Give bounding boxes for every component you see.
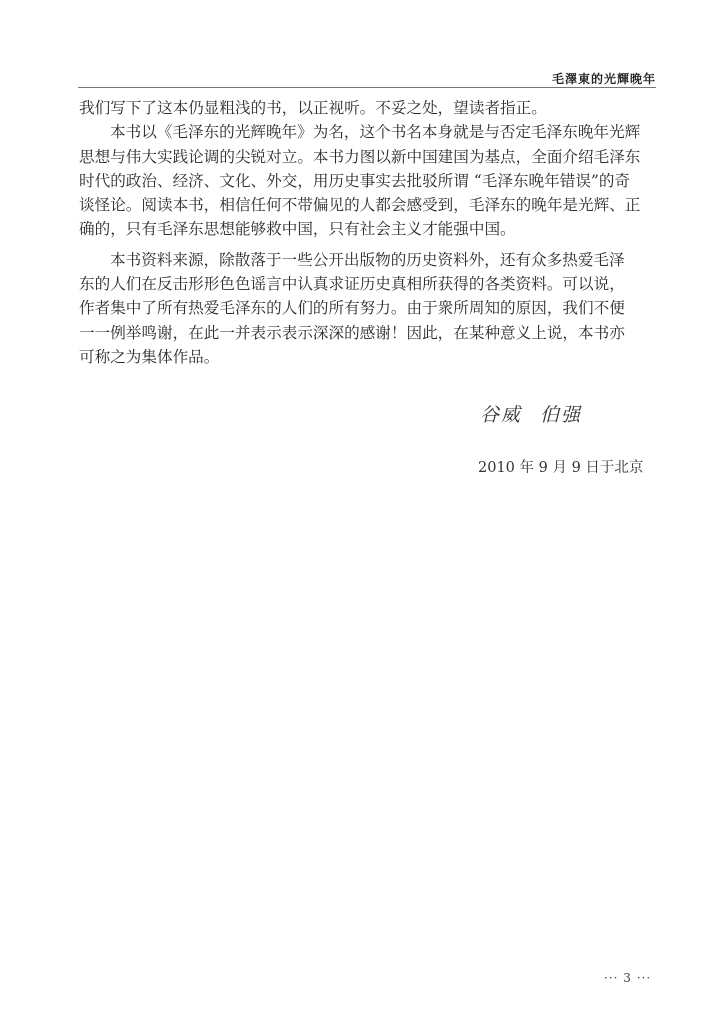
text-line: 谈怪论。阅读本书，相信任何不带偏见的人都会感受到，毛泽东的晚年是光辉、正 [79,193,655,217]
signature-name-2: 伯强 [540,404,582,426]
paragraph-2: 本书以《毛泽东的光辉晚年》为名，这个书名本身就是与否定毛泽东晚年光辉 思想与伟大… [79,120,655,241]
text-line: 我们写下了这本仍显粗浅的书，以正视听。不妥之处，望读者指正。 [79,96,655,120]
text-line: 思想与伟大实践论调的尖锐对立。本书力图以新中国建国为基点，全面介绍毛泽东 [79,145,655,169]
date-place-line: 2010 年 9 月 9 日于北京 [478,456,643,477]
running-head-title: 毛澤東的光輝晚年 [77,72,656,86]
text-line: 作者集中了所有热爱毛泽东的人们的所有努力。由于衆所周知的原因，我们不便 [79,296,655,320]
author-signature: 谷威伯强 [480,400,582,427]
text-line: 时代的政治、经济、文化、外交，用历史事实去批驳所谓 “毛泽东晚年错误”的奇 [79,169,655,193]
paragraph-3: 本书资料来源，除散落于一些公开出版物的历史资料外，还有众多热爱毛泽 东的人们在反… [79,248,655,369]
header-rule [78,87,656,88]
text-line: 一一例举鸣谢，在此一并表示表示深深的感谢！因此，在某种意义上说，本书亦 [79,321,655,345]
text-line: 东的人们在反击形形色色谣言中认真求证历史真相所获得的各类资料。可以说， [79,272,655,296]
page-number: ··· 3 ··· [604,971,651,985]
text-line: 确的，只有毛泽东思想能够救中国，只有社会主义才能强中国。 [79,217,655,241]
body-text: 我们写下了这本仍显粗浅的书，以正视听。不妥之处，望读者指正。 本书以《毛泽东的光… [79,96,655,369]
text-line: 本书资料来源，除散落于一些公开出版物的历史资料外，还有众多热爱毛泽 [79,248,655,272]
text-line: 本书以《毛泽东的光辉晚年》为名，这个书名本身就是与否定毛泽东晚年光辉 [79,120,655,144]
paragraph-1: 我们写下了这本仍显粗浅的书，以正视听。不妥之处，望读者指正。 [79,96,655,120]
signature-name-1: 谷威 [480,404,522,426]
text-line: 可称之为集体作品。 [79,345,655,369]
